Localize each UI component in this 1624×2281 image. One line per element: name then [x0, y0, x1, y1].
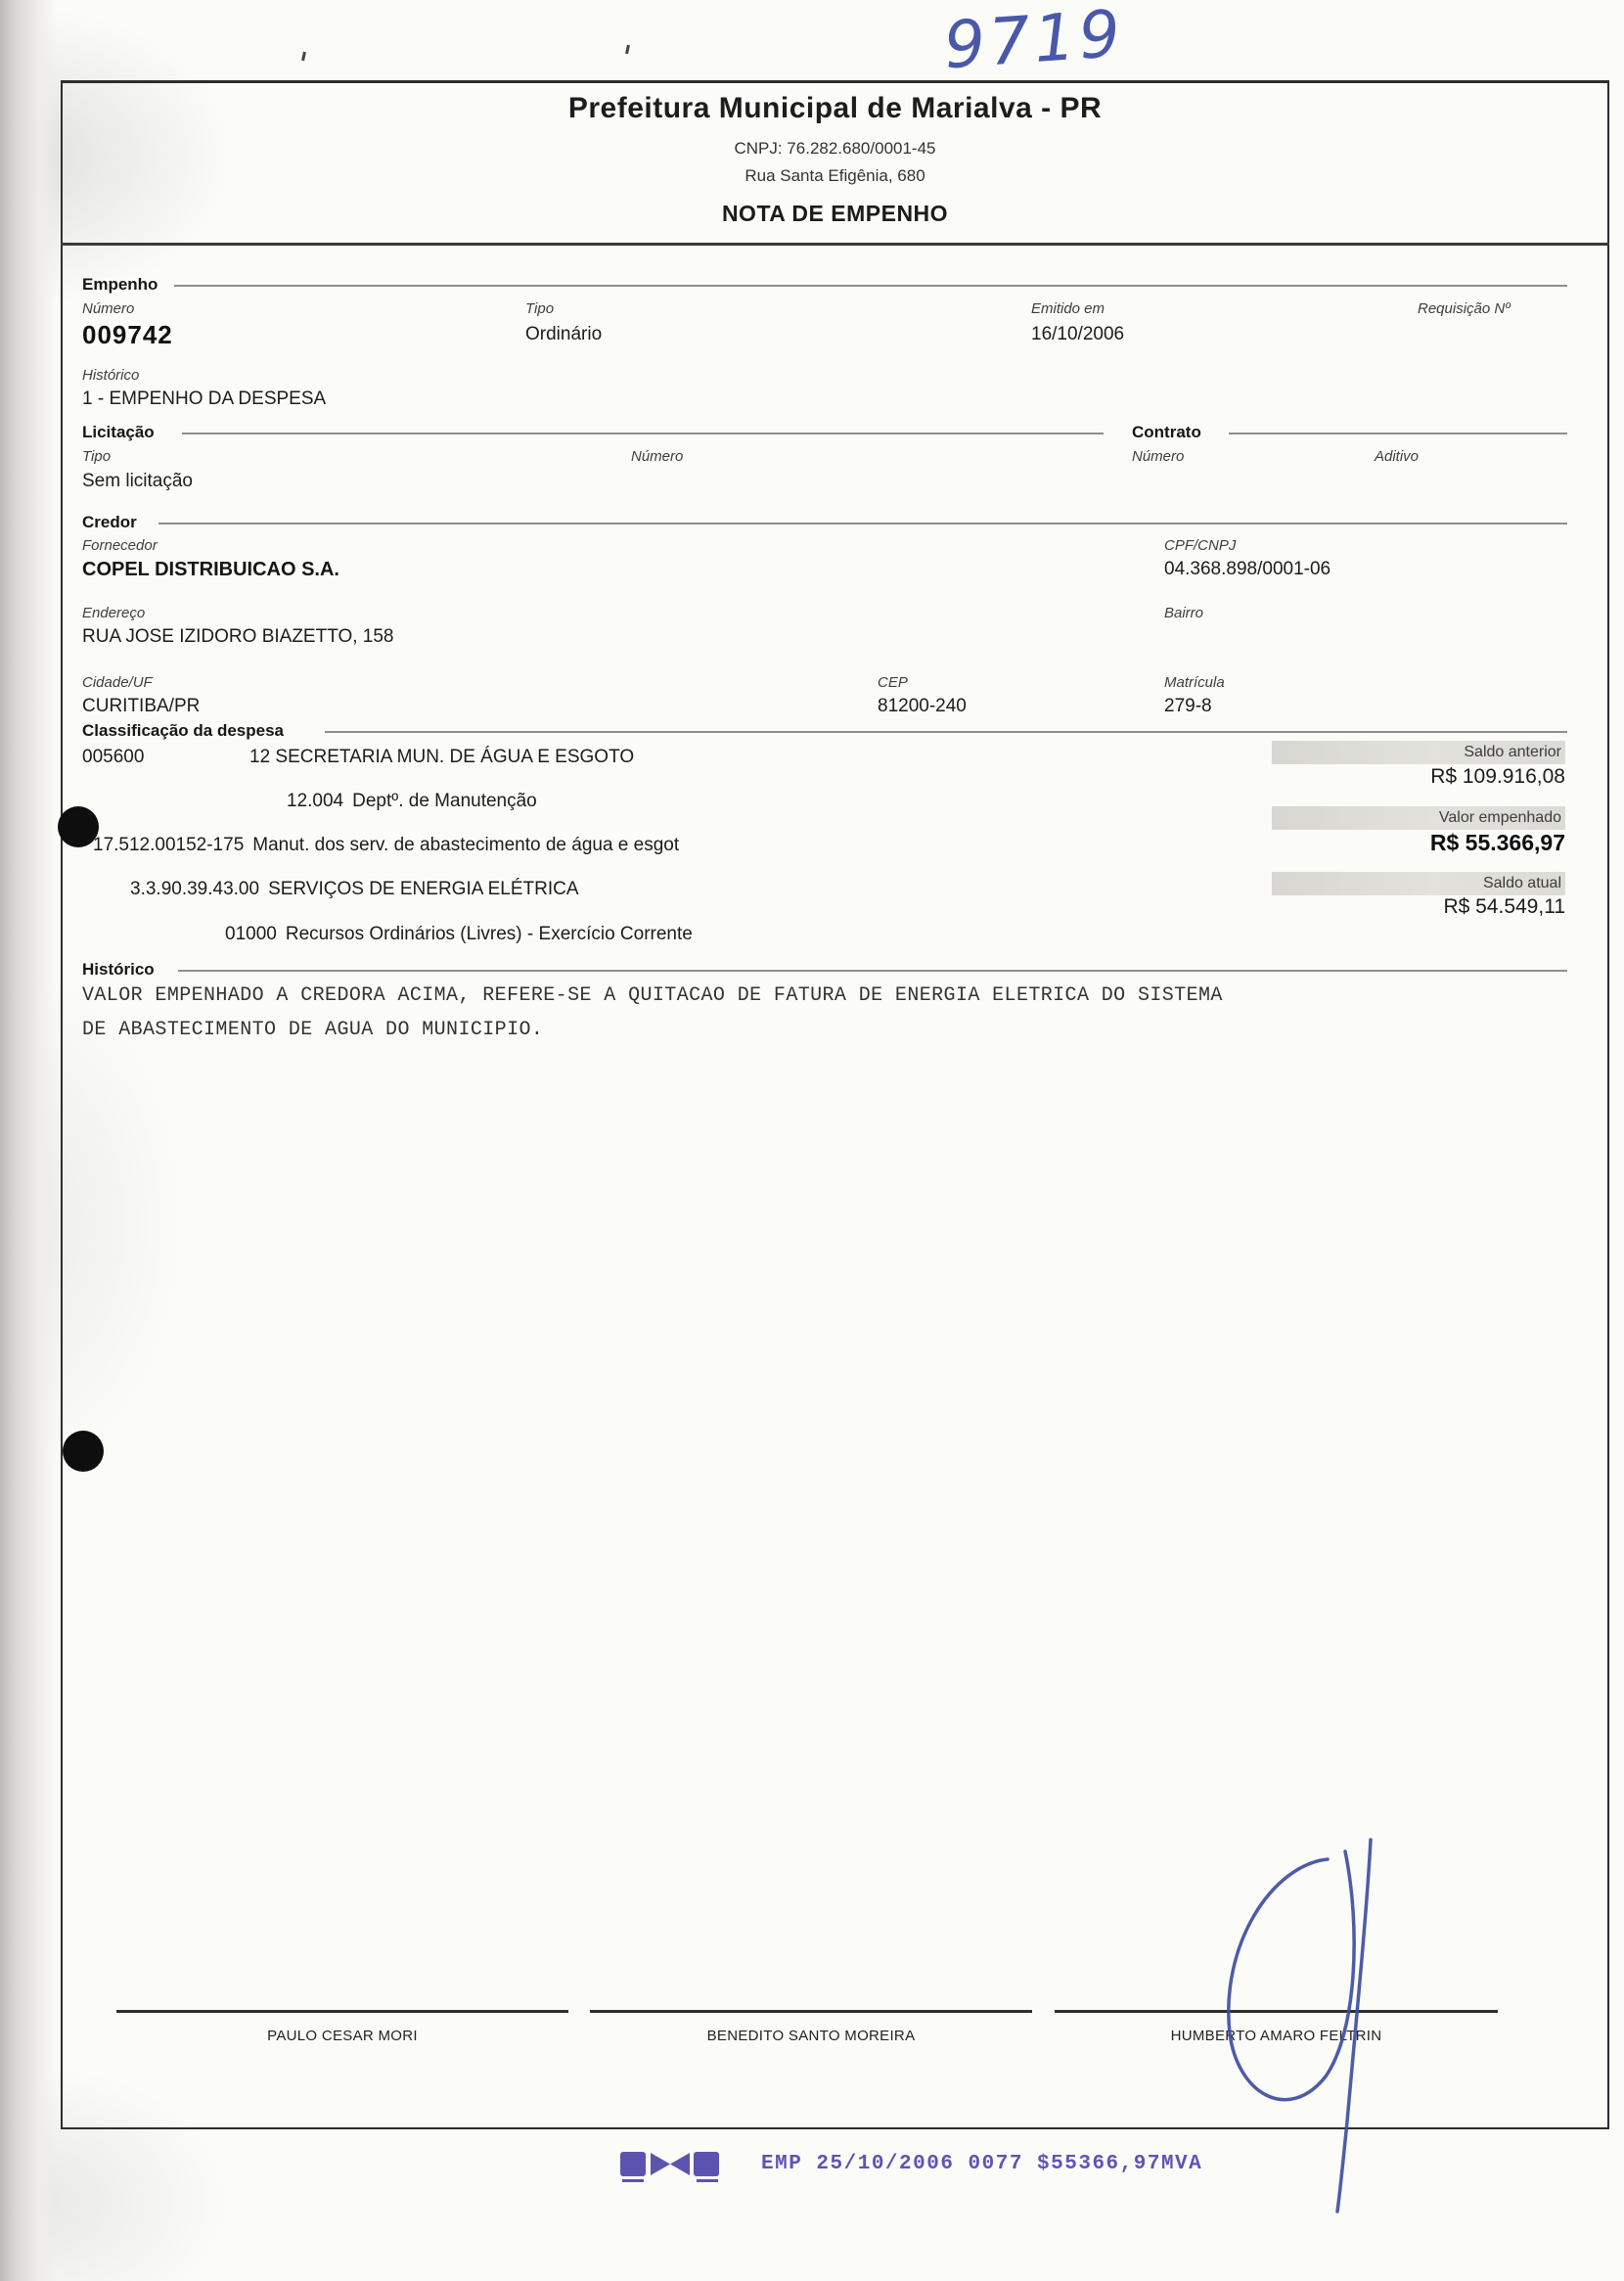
scanned-document-page: 9719 Prefeitura Municipal de Marialva - … [0, 0, 1624, 2281]
credor-cep-value: 81200-240 [878, 696, 967, 717]
handwritten-number: 9719 [942, 0, 1127, 83]
empenho-historico-value: 1 - EMPENHO DA DESPESA [82, 388, 326, 410]
scan-mark [625, 45, 630, 54]
credor-fornecedor-label: Fornecedor [82, 537, 158, 554]
credor-endereco-label: Endereço [82, 605, 145, 621]
section-credor: Credor [82, 513, 137, 532]
credor-matricula-label: Matrícula [1164, 674, 1225, 691]
credor-endereco-value: RUA JOSE IZIDORO BIAZETTO, 158 [82, 626, 394, 648]
historico-texto-linha2: DE ABASTECIMENTO DE AGUA DO MUNICIPIO. [82, 1019, 543, 1041]
classificacao-codigo: 3.3.90.39.43.00 [130, 879, 259, 900]
section-rule [325, 731, 1567, 733]
contrato-aditivo-label: Aditivo [1375, 448, 1419, 465]
signature-name-2: BENEDITO SANTO MOREIRA [590, 2028, 1032, 2044]
credor-matricula-value: 279-8 [1164, 696, 1212, 717]
section-rule [174, 285, 1567, 287]
classificacao-row: 005600 [82, 747, 144, 768]
signature-name-1: PAULO CESAR MORI [116, 2028, 568, 2044]
classificacao-row: 3.3.90.39.43.00SERVIÇOS DE ENERGIA ELÉTR… [130, 879, 579, 900]
contrato-numero-label: Número [1132, 448, 1184, 465]
classificacao-row: 17.512.00152-175Manut. dos serv. de abas… [93, 835, 679, 856]
empenho-requisicao-label: Requisição Nº [1418, 300, 1511, 317]
saldo-atual-label: Saldo atual [1272, 872, 1565, 895]
valor-empenhado-label: Valor empenhado [1272, 806, 1565, 830]
document-type-title: NOTA DE EMPENHO [61, 201, 1609, 227]
classificacao-descricao: SERVIÇOS DE ENERGIA ELÉTRICA [268, 879, 578, 899]
empenho-tipo-value: Ordinário [525, 324, 602, 345]
punch-hole-mark [58, 806, 99, 847]
credor-cidade-uf-value: CURITIBA/PR [82, 696, 200, 717]
signature-line [116, 2010, 568, 2013]
section-classificacao: Classificação da despesa [82, 721, 284, 741]
historico-texto-linha1: VALOR EMPENHADO A CREDORA ACIMA, REFERE-… [82, 984, 1223, 1007]
header-divider [61, 243, 1609, 246]
section-rule [182, 433, 1104, 434]
section-licitacao: Licitação [82, 423, 155, 442]
empenho-historico-label: Histórico [82, 367, 139, 384]
section-rule [158, 523, 1567, 525]
empenho-emitido-value: 16/10/2006 [1031, 324, 1124, 345]
classificacao-descricao: Recursos Ordinários (Livres) - Exercício… [286, 924, 693, 944]
classificacao-codigo: 01000 [225, 924, 277, 945]
licitacao-tipo-value: Sem licitação [82, 471, 193, 492]
signature-line [590, 2010, 1032, 2013]
credor-cidade-uf-label: Cidade/UF [82, 674, 153, 691]
section-rule [1229, 433, 1567, 434]
header-address: Rua Santa Efigênia, 680 [61, 166, 1609, 186]
credor-cpf-cnpj-value: 04.368.898/0001-06 [1164, 559, 1331, 580]
empenho-emitido-label: Emitido em [1031, 300, 1105, 317]
punch-hole-mark [63, 1431, 104, 1472]
scan-edge-shadow [0, 0, 57, 2281]
credor-cpf-cnpj-label: CPF/CNPJ [1164, 537, 1236, 554]
classificacao-codigo: 17.512.00152-175 [93, 835, 244, 856]
saldo-anterior-value: R$ 109.916,08 [1272, 765, 1565, 789]
stamp-text: EMP 25/10/2006 0077 $55366,97MVA [761, 2153, 1202, 2175]
section-empenho: Empenho [82, 275, 158, 295]
credor-bairro-label: Bairro [1164, 605, 1203, 621]
scan-mark [301, 52, 306, 61]
classificacao-row: 01000Recursos Ordinários (Livres) - Exer… [225, 924, 693, 945]
stamp-logo-icon [618, 2145, 728, 2188]
section-rule [178, 970, 1567, 972]
signature-scribble [1179, 1838, 1423, 2214]
page-title: Prefeitura Municipal de Marialva - PR [61, 92, 1609, 125]
section-contrato: Contrato [1132, 423, 1201, 442]
classificacao-codigo: 12.004 [287, 791, 343, 812]
classificacao-row: 12.004Deptº. de Manutenção [287, 791, 537, 812]
valor-empenhado-value: R$ 55.366,97 [1272, 830, 1565, 856]
saldo-atual-value: R$ 54.549,11 [1272, 895, 1565, 919]
section-historico: Histórico [82, 960, 155, 980]
credor-fornecedor-value: COPEL DISTRIBUICAO S.A. [82, 559, 339, 581]
licitacao-numero-label: Número [631, 448, 683, 465]
empenho-numero-label: Número [82, 300, 134, 317]
licitacao-tipo-label: Tipo [82, 448, 111, 465]
classificacao-row: 12 SECRETARIA MUN. DE ÁGUA E ESGOTO [249, 747, 634, 768]
credor-cep-label: CEP [878, 674, 908, 691]
classificacao-descricao: Manut. dos serv. de abastecimento de águ… [252, 835, 679, 855]
classificacao-descricao: Deptº. de Manutenção [352, 791, 537, 811]
empenho-numero-value: 009742 [82, 320, 173, 350]
empenho-tipo-label: Tipo [525, 300, 554, 317]
saldo-anterior-label: Saldo anterior [1272, 741, 1565, 764]
header-cnpj: CNPJ: 76.282.680/0001-45 [61, 139, 1609, 159]
